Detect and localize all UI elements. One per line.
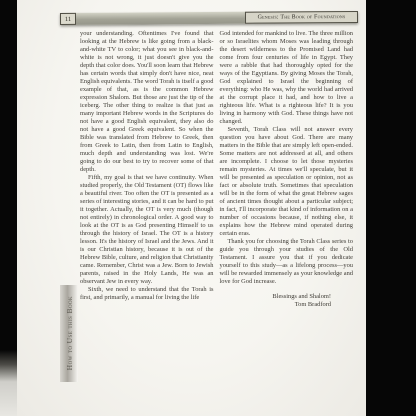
signature-line: Blessings and Shalom! [220, 293, 332, 301]
sidebar-tab: How to Use this Book [60, 285, 78, 382]
scan-edge-fade [0, 350, 17, 416]
right-column: God intended for mankind to live. The th… [220, 30, 354, 309]
body-text: your understanding. Oftentimes I've foun… [80, 30, 353, 309]
scan-edge-right [366, 0, 416, 416]
header-bar: 11 Genesis: The Book of Foundations [60, 11, 358, 25]
paragraph: God intended for mankind to live. The th… [220, 30, 354, 126]
signature-line: Tom Bradford [220, 301, 332, 309]
paragraph: Sixth, we need to understand that the To… [80, 286, 214, 302]
signature-block: Blessings and Shalom! Tom Bradford [220, 293, 354, 309]
chapter-sidebar-label: How to Use this Book [65, 296, 74, 370]
left-column: your understanding. Oftentimes I've foun… [80, 30, 214, 309]
chapter-title: Genesis: The Book of Foundations [245, 11, 358, 24]
page-number: 11 [60, 13, 76, 25]
paragraph: Fifth, my goal is that we have continuit… [80, 174, 214, 286]
book-page: 11 Genesis: The Book of Foundations your… [17, 0, 366, 416]
paragraph: Thank you for choosing the Torah Class s… [220, 238, 354, 286]
paragraph: your understanding. Oftentimes I've foun… [80, 30, 214, 174]
book-scan: 11 Genesis: The Book of Foundations your… [0, 0, 416, 416]
paragraph: Seventh, Torah Class will not answer eve… [220, 126, 354, 238]
